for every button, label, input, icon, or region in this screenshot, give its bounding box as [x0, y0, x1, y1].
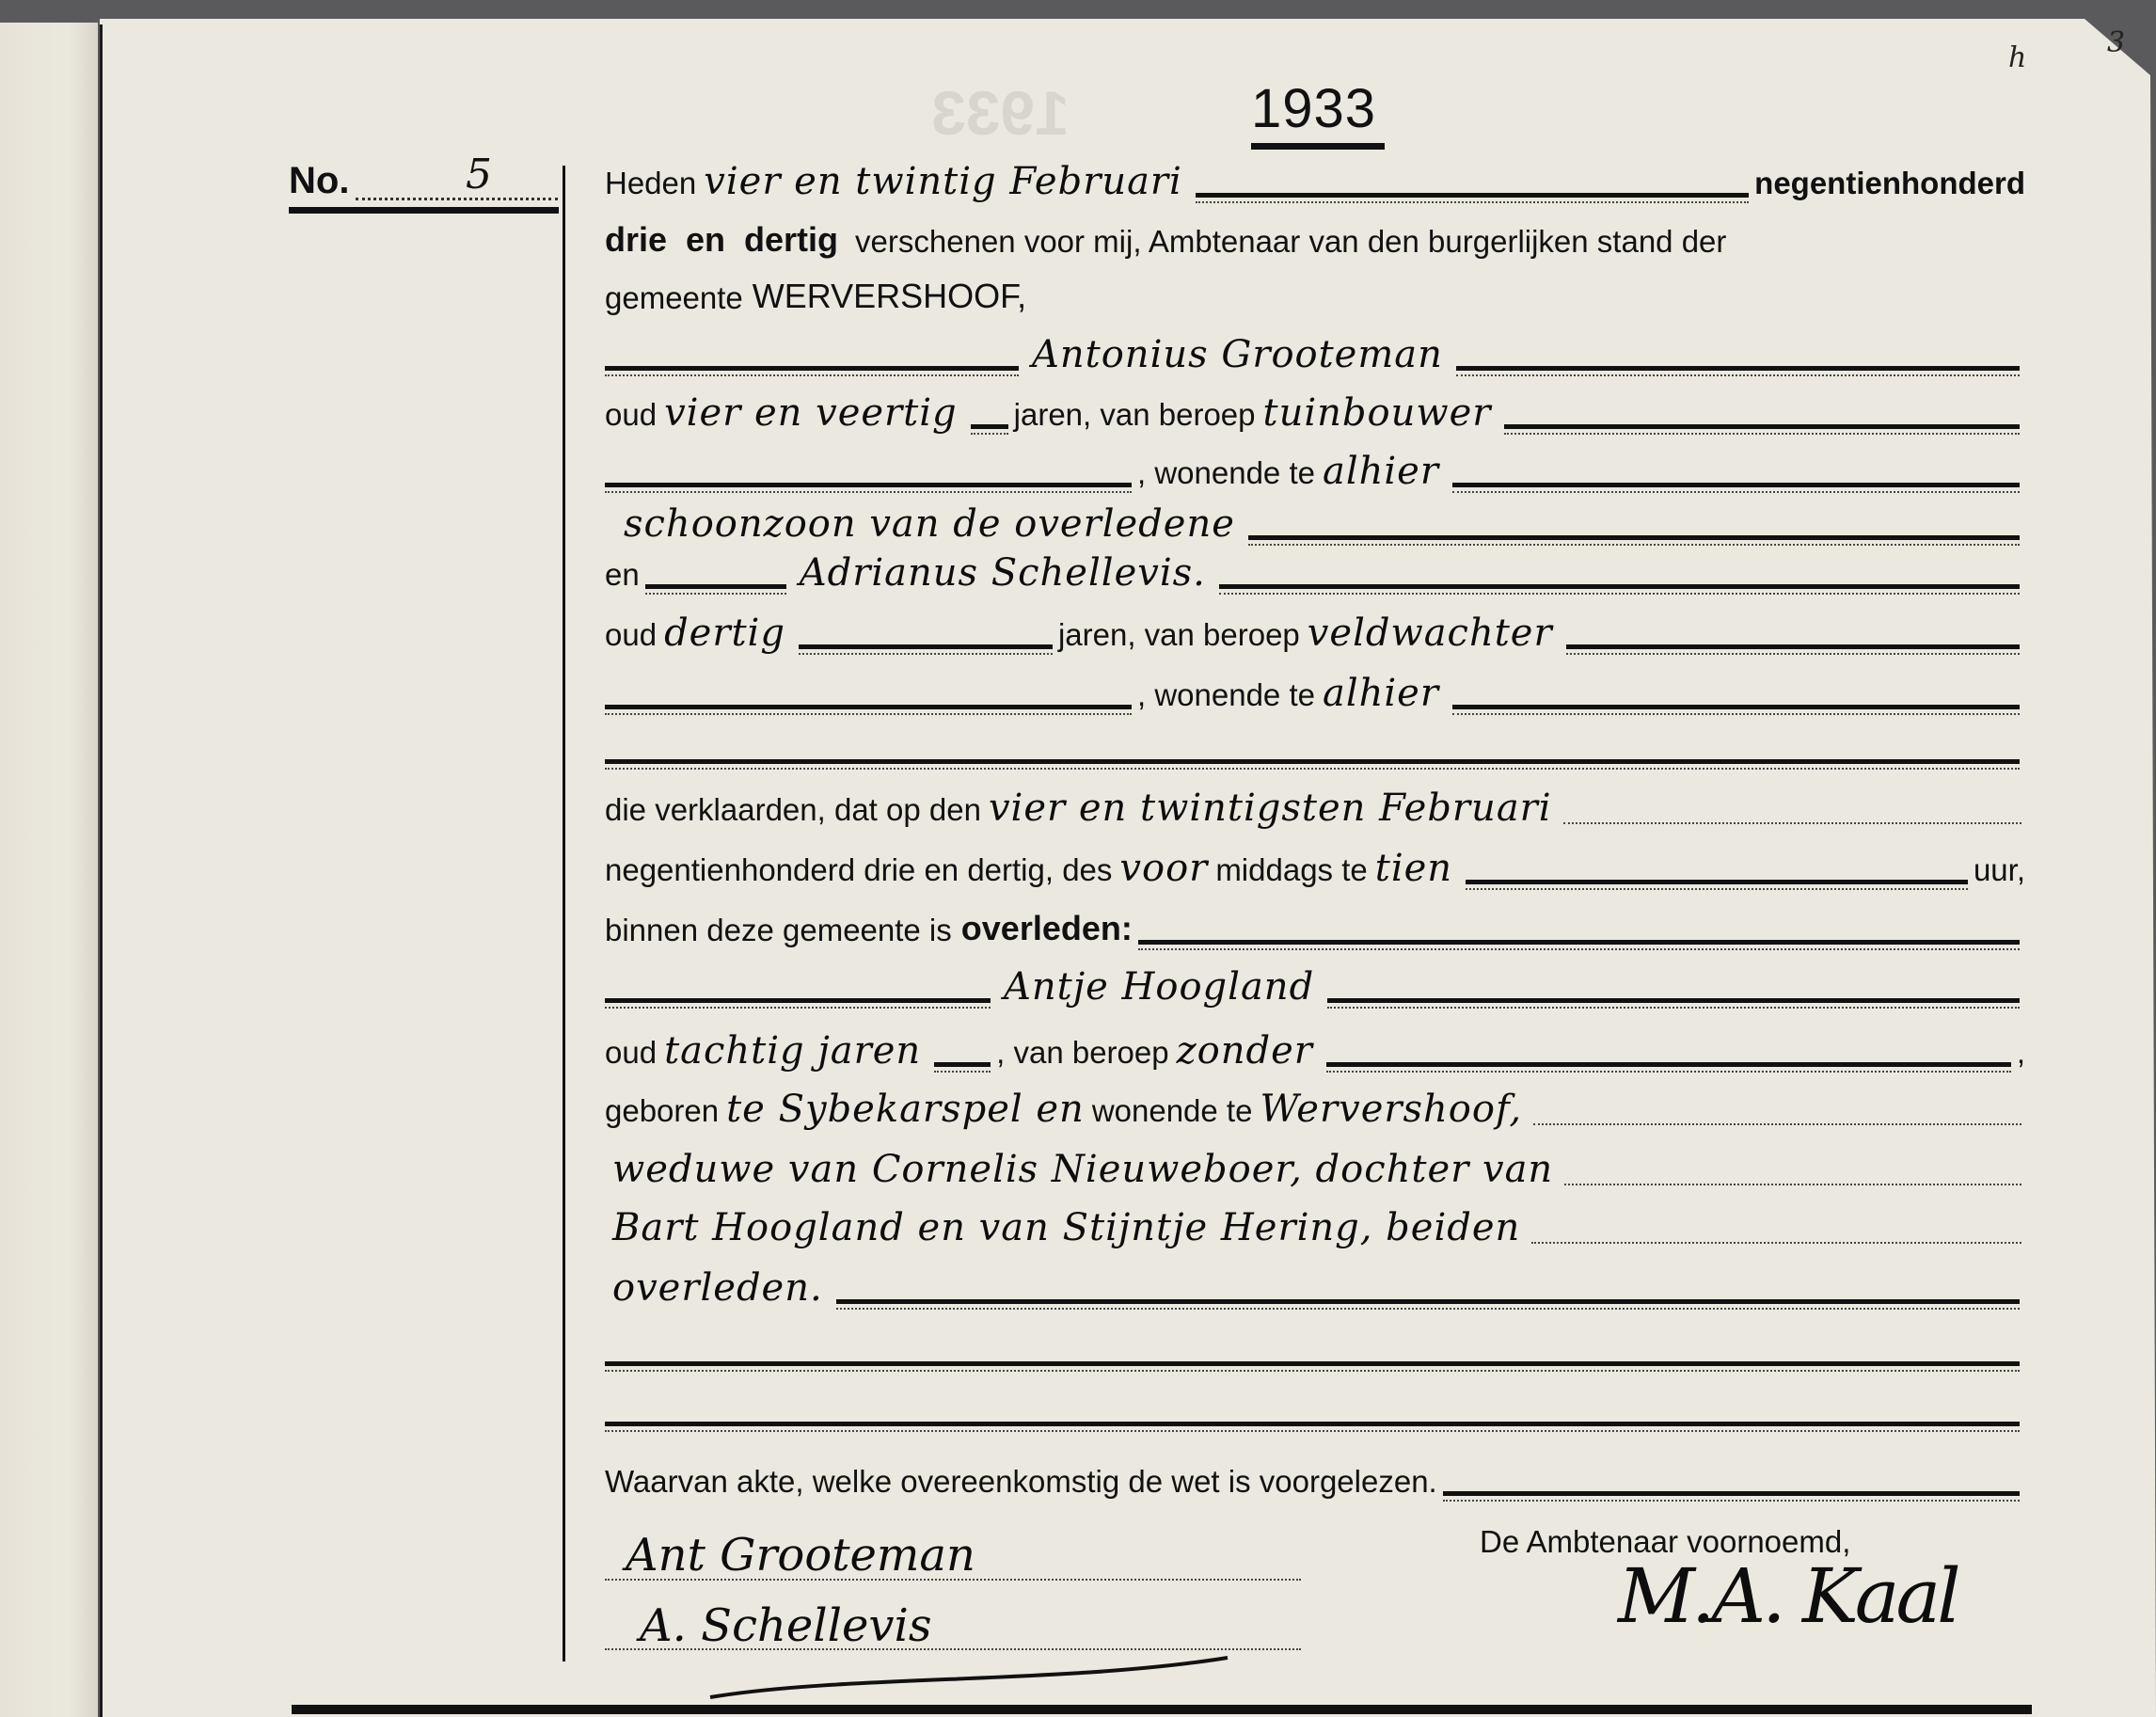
dotted-line	[1564, 1184, 2021, 1185]
fill-line	[1466, 880, 1968, 884]
entry-number-rule	[289, 207, 559, 214]
printed-text: , wonende te	[1137, 455, 1315, 497]
official-signature: M.A. Kaal	[1618, 1552, 1958, 1640]
printed-text: geboren	[605, 1093, 719, 1135]
witness-2-signature: A. Schellevis	[640, 1599, 931, 1652]
handwritten-parents: Bart Hoogland en van Stijntje Hering, be…	[605, 1206, 1528, 1253]
printed-text: oud	[605, 397, 657, 438]
line-declarant-1-age: oud vier en veertig jaren, van beroep tu…	[605, 390, 2025, 438]
printed-text: binnen deze gemeente is	[605, 913, 952, 954]
line-blank	[605, 724, 2025, 773]
handwritten-residence: Wervershoof,	[1252, 1088, 1530, 1135]
handwritten-declarant-1: Antonius Grooteman	[1024, 333, 1451, 380]
dotted-line	[1533, 1123, 2021, 1125]
handwritten-spouse: weduwe van Cornelis Nieuweboer, dochter …	[605, 1148, 1561, 1195]
printed-text: jaren, van beroep	[1014, 397, 1256, 438]
fill-line	[1327, 998, 2020, 1003]
handwritten-relation: schoonzoon van de overledene	[605, 502, 1243, 549]
fill-line	[836, 1299, 2020, 1304]
fill-line	[1138, 940, 2020, 945]
fill-line	[605, 1361, 2020, 1366]
line-parents: Bart Hoogland en van Stijntje Hering, be…	[605, 1204, 2025, 1253]
fill-line	[971, 424, 1008, 429]
printed-text: oud	[605, 617, 657, 659]
printed-text: Heden	[605, 166, 696, 207]
fill-line	[1452, 483, 2020, 487]
fill-line	[1452, 705, 2020, 709]
line-deceased-name: Antje Hoogland	[605, 963, 2025, 1012]
printed-text: ,	[2017, 1035, 2025, 1076]
line-time-of-death: negentienhonderd drie en dertig, des voo…	[605, 845, 2025, 894]
line-blank	[605, 1327, 2025, 1375]
printed-text: gemeente	[605, 280, 743, 322]
printed-text: wonende te	[1092, 1093, 1253, 1135]
handwritten-residence: alhier	[1315, 672, 1447, 719]
printed-text: middags te	[1215, 852, 1367, 894]
line-declarant-2-age: oud dertig jaren, van beroep veldwachter	[605, 610, 2025, 659]
handwritten-declarant-2: Adrianus Schellevis.	[792, 551, 1213, 598]
page-number: 3	[2107, 26, 2125, 59]
handwritten-occupation: veldwachter	[1300, 612, 1561, 659]
line-declarant-1-relation: schoonzoon van de overledene	[605, 501, 2025, 549]
entry-number-label: No.	[289, 160, 349, 202]
fill-line	[1443, 1491, 2020, 1496]
margin-vertical-rule	[563, 166, 565, 1661]
handwritten-death-date: vier en twintigsten Februari	[981, 787, 1560, 834]
handwritten-birthplace: te Sybekarspel en	[719, 1088, 1092, 1135]
line-birthplace: geboren te Sybekarspel en wonende te Wer…	[605, 1086, 2025, 1135]
handwritten-residence: alhier	[1315, 450, 1447, 497]
fill-line	[605, 759, 2020, 764]
line-closing: Waarvan akte, welke overeenkomstig de we…	[605, 1456, 2025, 1505]
fill-line	[605, 483, 1132, 487]
municipality-name: WERVERSHOOF,	[753, 277, 1026, 322]
line-blank	[605, 1387, 2025, 1436]
fill-line	[605, 705, 1132, 709]
printed-text: negentienhonderd drie en dertig, des	[605, 852, 1112, 894]
bottom-rule	[292, 1705, 2032, 1714]
entry-number-value: 5	[466, 151, 492, 199]
signature-dotted-line	[605, 1648, 1301, 1650]
line-died: binnen deze gemeente is overleden:	[605, 905, 2025, 954]
handwritten-occupation: zonder	[1169, 1029, 1321, 1076]
register-year: 1933	[1251, 77, 1376, 140]
handwritten-age: vier en veertig	[657, 391, 965, 438]
line-declarant-2-residence: , wonende te alhier	[605, 670, 2025, 719]
fill-line	[645, 584, 786, 589]
line-declarant-1-residence: , wonende te alhier	[605, 448, 2025, 497]
printed-text: , wonende te	[1137, 677, 1315, 719]
printed-text: en	[605, 557, 640, 598]
fill-line	[605, 998, 991, 1003]
fill-line	[1566, 644, 2020, 649]
fill-line	[1196, 193, 1749, 198]
dotted-line	[1531, 1242, 2021, 1244]
handwritten-age: tachtig jaren	[657, 1029, 928, 1076]
signature-dotted-line	[605, 1579, 1301, 1581]
printed-text: uur,	[1974, 852, 2025, 894]
fill-line	[605, 366, 1019, 371]
pencil-note: h	[2008, 41, 2026, 74]
printed-overleden: overleden:	[961, 909, 1133, 954]
printed-text: oud	[605, 1035, 657, 1076]
printed-text: die verklaarden, dat op den	[605, 792, 981, 834]
left-page-edge	[0, 23, 98, 1717]
line-deceased-age: oud tachtig jaren , van beroep zonder ,	[605, 1027, 2025, 1076]
printed-text: Waarvan akte, welke overeenkomstig de we…	[605, 1464, 1437, 1505]
witness-1-signature: Ant Grooteman	[626, 1529, 975, 1582]
dotted-line	[1563, 822, 2021, 824]
fill-line	[605, 1422, 2020, 1426]
fill-line	[1219, 584, 2020, 589]
handwritten-age: dertig	[657, 612, 793, 659]
handwritten-date: vier en twintig Februari	[696, 160, 1190, 207]
line-municipality: gemeente WERVERSHOOF,	[605, 273, 2025, 322]
bleed-through-year: 1933	[931, 77, 1070, 149]
handwritten-occupation: tuinbouwer	[1256, 391, 1499, 438]
printed-text: negentienhonderd	[1754, 166, 2025, 207]
fill-line	[1248, 535, 2020, 540]
fill-line	[1504, 424, 2020, 429]
line-date-registered: Heden vier en twintig Februari negentien…	[605, 158, 2025, 207]
line-date-of-death: die verklaarden, dat op den vier en twin…	[605, 785, 2025, 834]
printed-text: , van beroep	[996, 1035, 1168, 1076]
line-declarant-2-name: en Adrianus Schellevis.	[605, 549, 2025, 598]
handwritten-parents-status: overleden.	[605, 1266, 831, 1313]
signature-flourish	[705, 1656, 1232, 1703]
fill-line	[1326, 1062, 2011, 1067]
line-spouse: weduwe van Cornelis Nieuweboer, dochter …	[605, 1146, 2025, 1195]
year-underline	[1251, 143, 1385, 150]
entry-number-dotted-line	[356, 198, 558, 200]
line-declarant-1-name: Antonius Grooteman	[605, 331, 2025, 380]
fill-line	[1456, 366, 2020, 371]
binding-fold	[100, 24, 103, 1717]
handwritten-hour: tien	[1368, 847, 1460, 894]
printed-text: jaren, van beroep	[1058, 617, 1300, 659]
line-appeared: drie en dertig verschenen voor mij, Ambt…	[605, 216, 2025, 265]
fill-line	[934, 1062, 991, 1067]
handwritten-deceased-name: Antje Hoogland	[996, 965, 1322, 1012]
fill-line	[799, 644, 1053, 649]
line-parents-status: overleden.	[605, 1264, 2025, 1313]
printed-year-words: drie en dertig	[605, 220, 838, 265]
printed-text: verschenen voor mij, Ambtenaar van den b…	[855, 224, 1726, 265]
handwritten-voor-na: voor	[1112, 847, 1215, 894]
